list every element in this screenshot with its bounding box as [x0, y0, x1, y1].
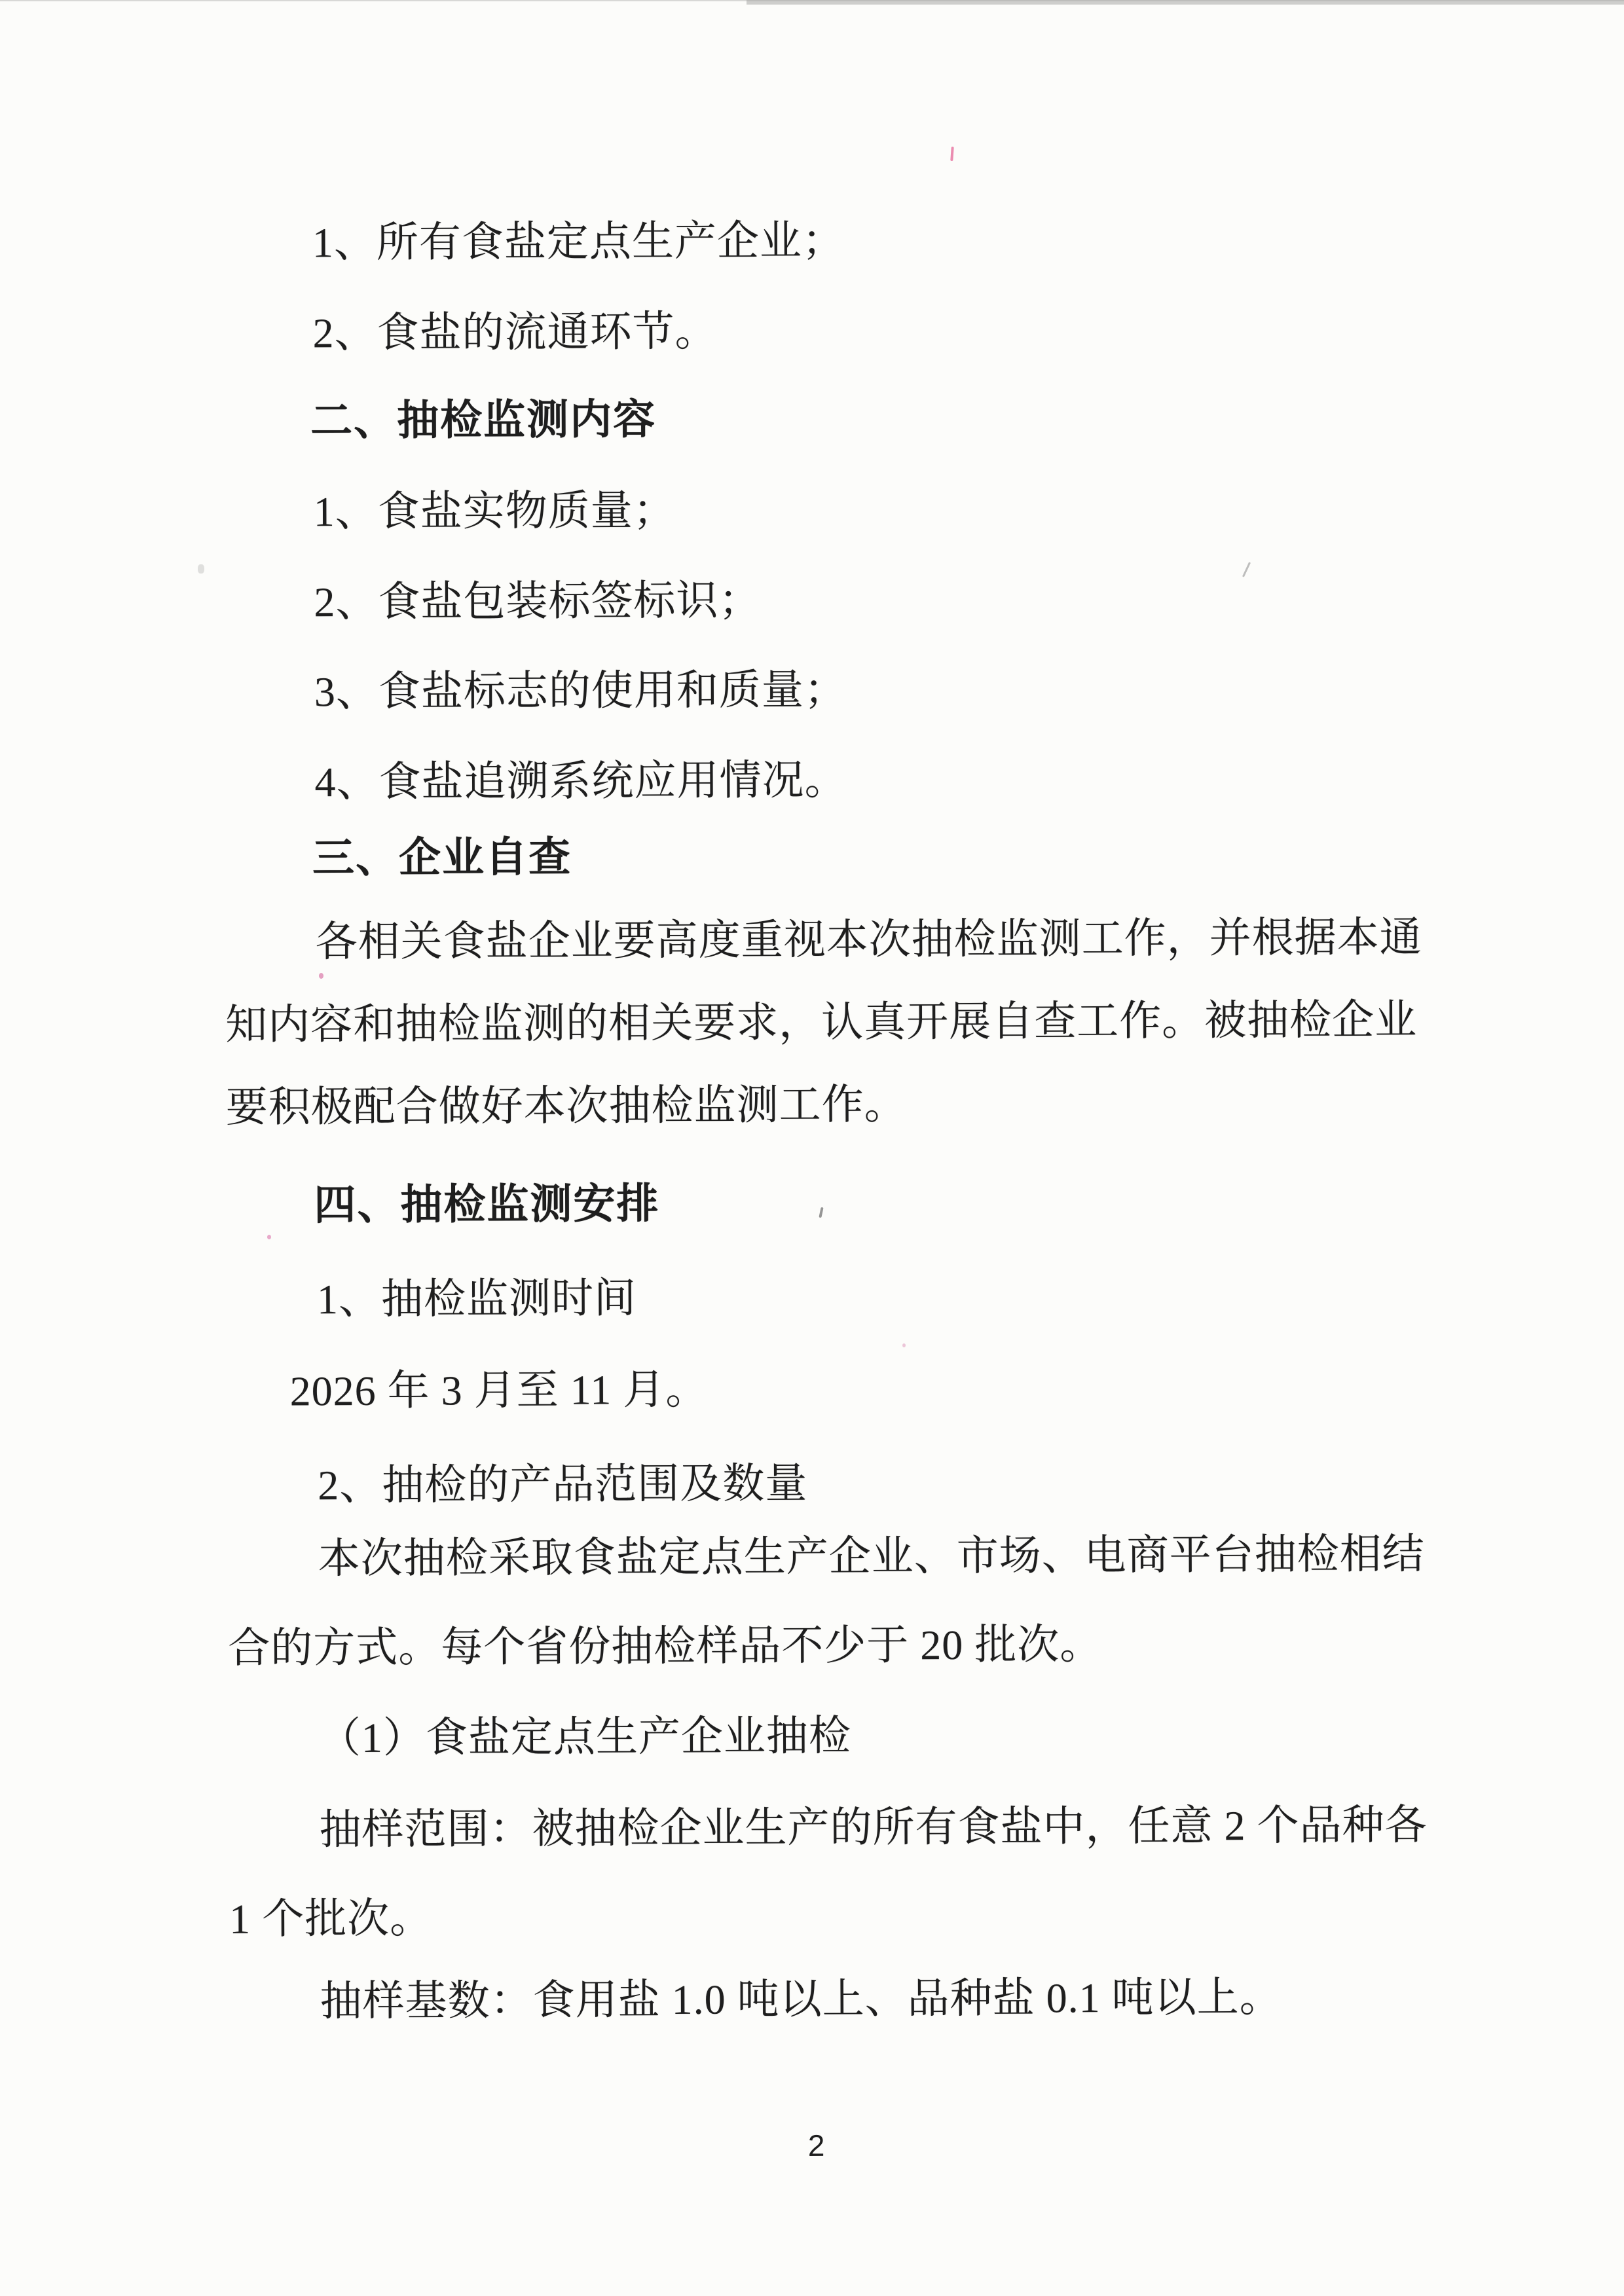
list-item: （1）食盐定点生产企业抽检 [229, 1702, 1527, 1770]
paragraph-line: 1 个批次。 [229, 1883, 1437, 1951]
scan-speck [902, 1343, 906, 1347]
section-heading: 四、抽检监测安排 [226, 1169, 1522, 1237]
paragraph-line: 抽样范围：被抽检企业生产的所有食盐中，任意 2 个品种各 [229, 1793, 1527, 1862]
section-heading: 三、企业自查 [225, 822, 1521, 890]
paragraph-line: 各相关食盐企业要高度重视本次抽检监测工作，并根据本通 [225, 905, 1523, 974]
list-item: 1、所有食盐定点生产企业； [222, 206, 1521, 275]
list-item: 4、食盐追溯系统应用情况。 [224, 746, 1522, 814]
list-item: 2、食盐的流通环节。 [222, 297, 1521, 365]
paragraph-line: 合的方式。每个省份抽检样品不少于 20 批次。 [228, 1612, 1436, 1680]
paragraph-line: 抽样基数：食用盐 1.0 吨以上、品种盐 0.1 吨以上。 [229, 1965, 1528, 2033]
scan-speck [319, 973, 323, 979]
paragraph-line: 知内容和抽检监测的相关要求，认真开展自查工作。被抽检企业 [225, 989, 1433, 1057]
list-item: 1、食盐实物质量； [223, 475, 1522, 544]
scanned-document-page: 1、所有食盐定点生产企业； 2、食盐的流通环节。 二、抽检监测内容 1、食盐实物… [0, 0, 1624, 2296]
paragraph-line: 本次抽检采取食盐定点生产企业、市场、电商平台抽检相结 [228, 1522, 1526, 1591]
document-body: 1、所有食盐定点生产企业； 2、食盐的流通环节。 二、抽检监测内容 1、食盐实物… [0, 0, 1624, 2296]
page-number: 2 [5, 2124, 1624, 2167]
list-item: 2、食盐包装标签标识； [223, 566, 1522, 634]
list-item: 2、抽检的产品范围及数量 [227, 1449, 1526, 1518]
scan-speck [198, 564, 204, 574]
section-heading: 二、抽检监测内容 [223, 384, 1519, 453]
scan-speck [267, 1235, 271, 1239]
paragraph-line: 要积极配合做好本次抽检监测工作。 [226, 1071, 1434, 1139]
list-item: 1、抽检监测时间 [227, 1263, 1525, 1332]
list-item: 3、食盐标志的使用和质量； [224, 655, 1522, 724]
paragraph-line: 2026 年 3 月至 11 月。 [227, 1355, 1498, 1423]
